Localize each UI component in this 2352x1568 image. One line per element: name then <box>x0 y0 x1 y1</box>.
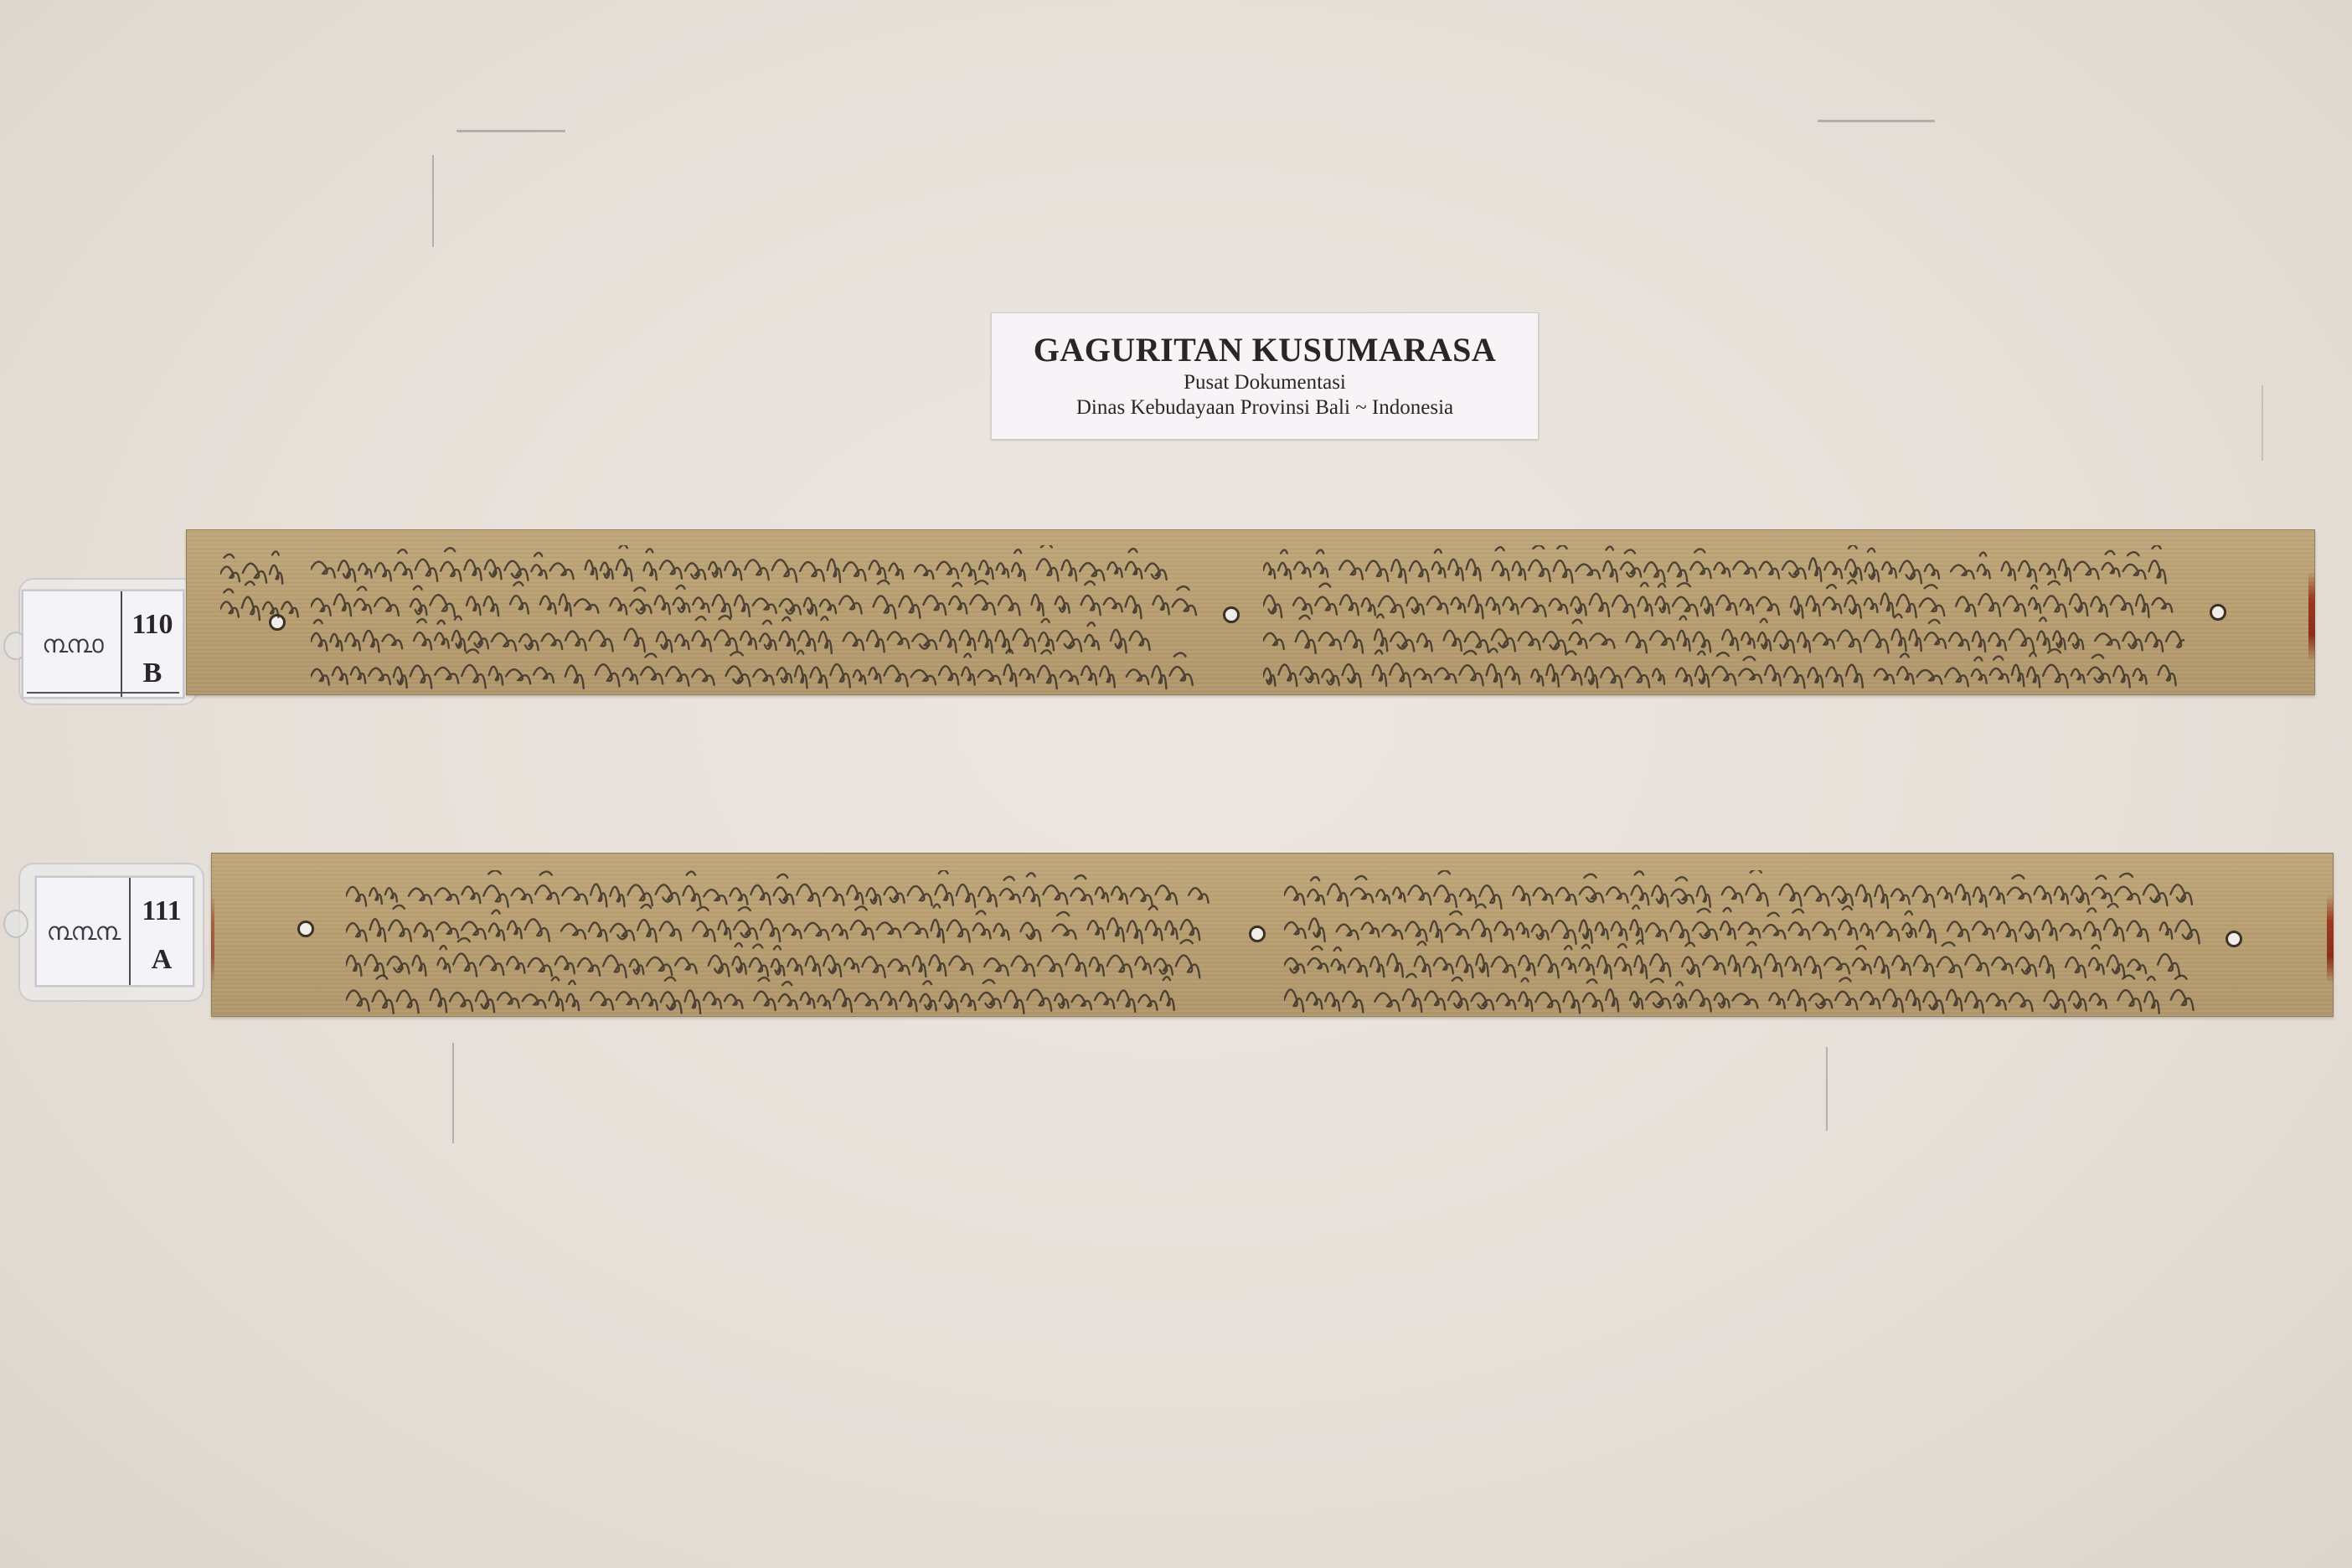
institution-name: Dinas Kebudayaan Provinsi Bali ~ Indones… <box>992 395 1538 420</box>
binding-hole-right <box>2226 931 2242 947</box>
text-column-right <box>1284 870 2205 1018</box>
folio-number-cell: 111 A <box>131 878 193 985</box>
palm-leaf-110b <box>186 529 2315 695</box>
folio-tag-111a: ൩൩൩ 111 A <box>35 876 194 987</box>
edge-stain-left <box>211 895 214 984</box>
tag-rule <box>27 692 179 694</box>
pencil-mark <box>452 1043 454 1143</box>
text-column-right <box>1263 545 2184 693</box>
folio-number-cell: 110 B <box>122 591 183 697</box>
folio-number: 111 <box>131 895 193 928</box>
binding-hole-left <box>297 921 314 937</box>
folio-tag-110b: ൩൩൦ 110 B <box>22 590 184 699</box>
balinese-folio-number: ൩൩൩ <box>37 878 131 985</box>
pencil-mark <box>1826 1047 1828 1131</box>
archive-name: Pusat Dokumentasi <box>992 370 1538 395</box>
title-card: GAGURITAN KUSUMARASA Pusat Dokumentasi D… <box>991 312 1539 440</box>
text-column-left <box>311 545 1207 693</box>
palm-leaf-111a <box>211 853 2334 1017</box>
pencil-mark <box>2262 385 2263 461</box>
pencil-mark <box>456 130 565 132</box>
folio-side: B <box>122 657 183 690</box>
pencil-mark <box>1818 120 1935 122</box>
folio-number: 110 <box>122 608 183 642</box>
balinese-folio-number: ൩൩൦ <box>23 591 122 697</box>
binding-hole-center <box>1223 606 1240 623</box>
edge-stain <box>2308 571 2315 662</box>
binding-hole-center <box>1249 926 1266 942</box>
edge-stain <box>2327 895 2334 984</box>
margin-note <box>220 549 312 626</box>
tag-hole <box>3 910 28 938</box>
manuscript-title: GAGURITAN KUSUMARASA <box>992 332 1538 369</box>
binding-hole-right <box>2210 604 2226 621</box>
pencil-mark <box>432 155 434 247</box>
text-column-left <box>346 870 1217 1018</box>
folio-side: A <box>131 943 193 977</box>
